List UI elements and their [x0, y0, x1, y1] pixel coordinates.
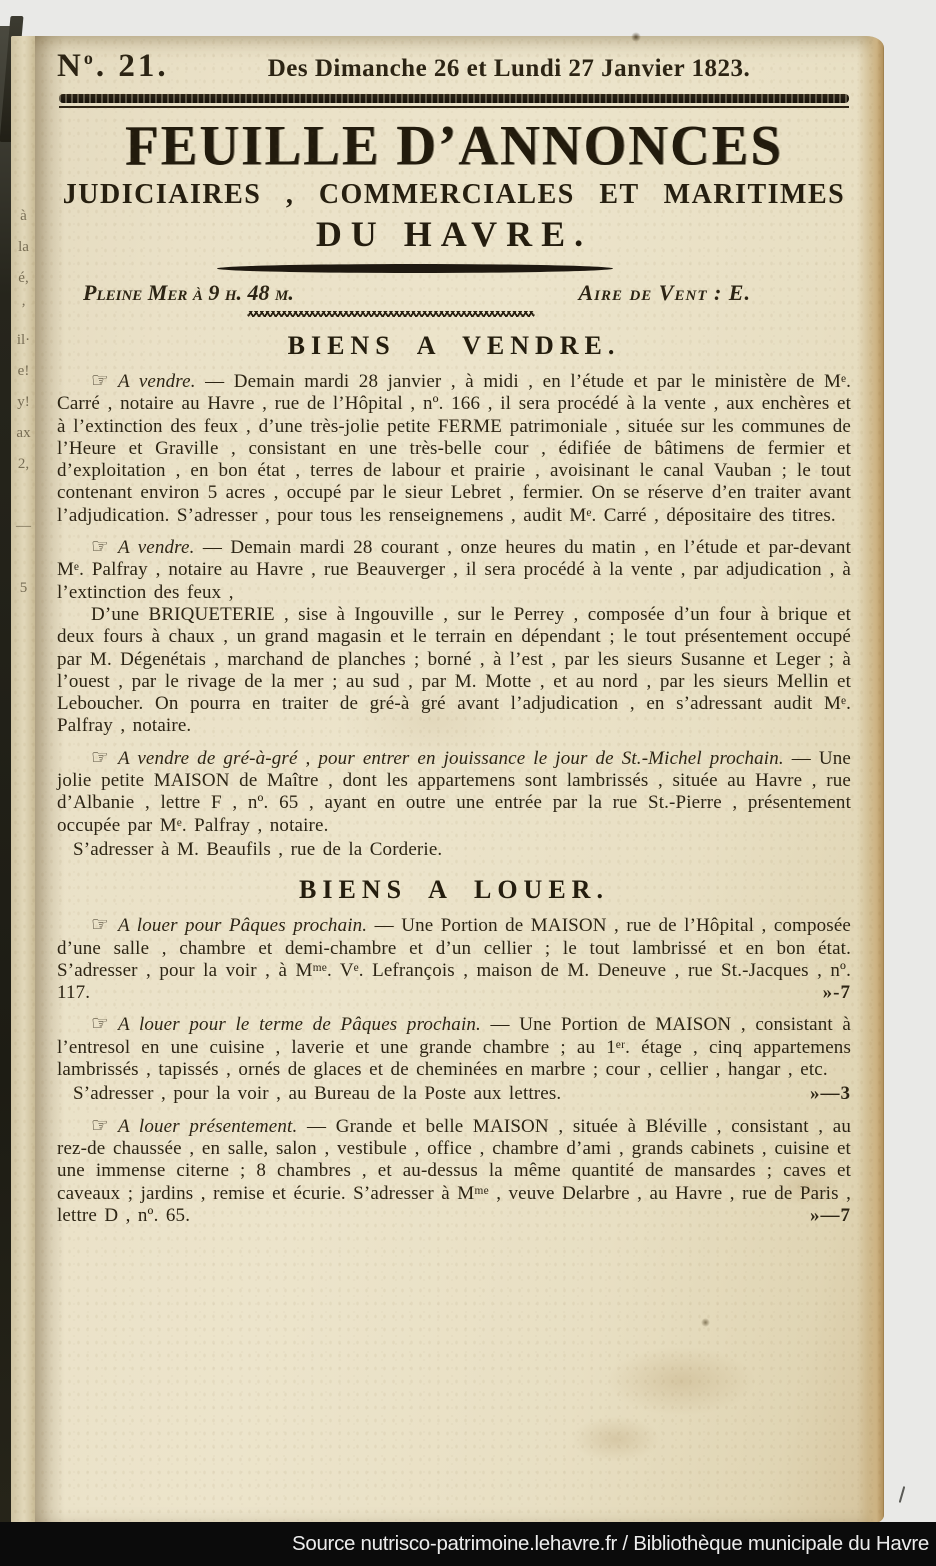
manicule-icon: ☞: [91, 1011, 118, 1035]
ad-paragraph: ☞A vendre. — Demain mardi 28 courant , o…: [57, 535, 851, 604]
ornamental-rule-thin: [59, 106, 849, 108]
ad-address-line: S’adresser à M. Beaufils , rue de la Cor…: [57, 839, 851, 861]
stain: [606, 1346, 756, 1416]
bleedthrough-text: à la é, ’ il· e! y! ax 2, — 5: [12, 201, 35, 604]
masthead-title: FEUILLE D’ANNONCES: [57, 113, 851, 179]
ornamental-rule-thick: [59, 94, 849, 103]
stain: [631, 32, 641, 42]
manicule-icon: ☞: [91, 745, 118, 769]
ad-body: S’adresser à M. Beaufils , rue de la Cor…: [73, 839, 442, 860]
section-heading-biens-a-louer: BIENS A LOUER.: [57, 875, 851, 905]
wind-direction: Aire de Vent : E.: [578, 280, 751, 306]
ad-lead: A louer présentement.: [118, 1116, 297, 1137]
ad-lead: A louer pour Pâques prochain.: [118, 915, 367, 936]
pen-mark: [899, 1486, 906, 1503]
ad-address-line: S’adresser , pour la voir , au Bureau de…: [57, 1083, 851, 1105]
ad-lead: A louer pour le terme de Pâques prochain…: [118, 1014, 481, 1035]
repeat-mark: »-7: [789, 982, 851, 1004]
ad-lead: A vendre de gré-à-gré , pour entrer en j…: [118, 748, 784, 769]
ad-lead: A vendre.: [118, 537, 195, 558]
tide-info-row: Pleine Mer à 9 h. 48 m. Aire de Vent : E…: [57, 280, 851, 306]
ad-lead: A vendre.: [118, 371, 196, 392]
repeat-mark: »—3: [794, 1083, 851, 1105]
ad-paragraph: ☞A louer pour le terme de Pâques prochai…: [57, 1012, 851, 1081]
source-bar: Source nutrisco-patrimoine.lehavre.fr / …: [0, 1522, 936, 1566]
printed-content: No. 21. Des Dimanche 26 et Lundi 27 Janv…: [57, 48, 851, 1227]
masthead-place: DU HAVRE.: [57, 213, 851, 255]
repeat-mark: »—7: [776, 1205, 851, 1227]
manicule-icon: ☞: [91, 534, 118, 558]
stain: [571, 1416, 661, 1462]
ad-body: S’adresser , pour la voir , au Bureau de…: [73, 1083, 561, 1104]
issue-date: Des Dimanche 26 et Lundi 27 Janvier 1823…: [227, 55, 851, 85]
issue-number-ordinal: o: [84, 48, 96, 68]
section-heading-biens-a-vendre: BIENS A VENDRE.: [57, 331, 851, 361]
ad-body: — Demain mardi 28 janvier , à midi , en …: [57, 371, 851, 526]
issue-header: No. 21. Des Dimanche 26 et Lundi 27 Janv…: [57, 48, 851, 85]
spindle-rule: [217, 264, 613, 273]
manicule-icon: ☞: [91, 368, 118, 392]
high-tide-time: Pleine Mer à 9 h. 48 m.: [83, 280, 294, 306]
masthead-subtitle: JUDICIAIRES , COMMERCIALES ET MARITIMES: [57, 179, 851, 211]
ad-paragraph: ☞A vendre. — Demain mardi 28 janvier , à…: [57, 369, 851, 527]
ad-paragraph: ☞A vendre de gré-à-gré , pour entrer en …: [57, 746, 851, 837]
source-bar-text: Source nutrisco-patrimoine.lehavre.fr / …: [292, 1532, 929, 1556]
ad-paragraph: ☞A louer présentement. — Grande et belle…: [57, 1114, 851, 1227]
wavy-rule: [247, 311, 535, 317]
manicule-icon: ☞: [91, 912, 118, 936]
ad-paragraph: ☞A louer pour Pâques prochain. — Une Por…: [57, 913, 851, 1004]
newspaper-page: à la é, ’ il· e! y! ax 2, — 5 No. 21. De…: [11, 36, 884, 1523]
issue-number: No. 21.: [57, 48, 227, 85]
ad-paragraph: D’une BRIQUETERIE , sise à Ingouville , …: [57, 604, 851, 738]
ad-body: D’une BRIQUETERIE , sise à Ingouville , …: [57, 604, 851, 736]
stain: [701, 1318, 710, 1327]
page-rough-edge: [857, 36, 884, 1523]
manicule-icon: ☞: [91, 1113, 118, 1137]
